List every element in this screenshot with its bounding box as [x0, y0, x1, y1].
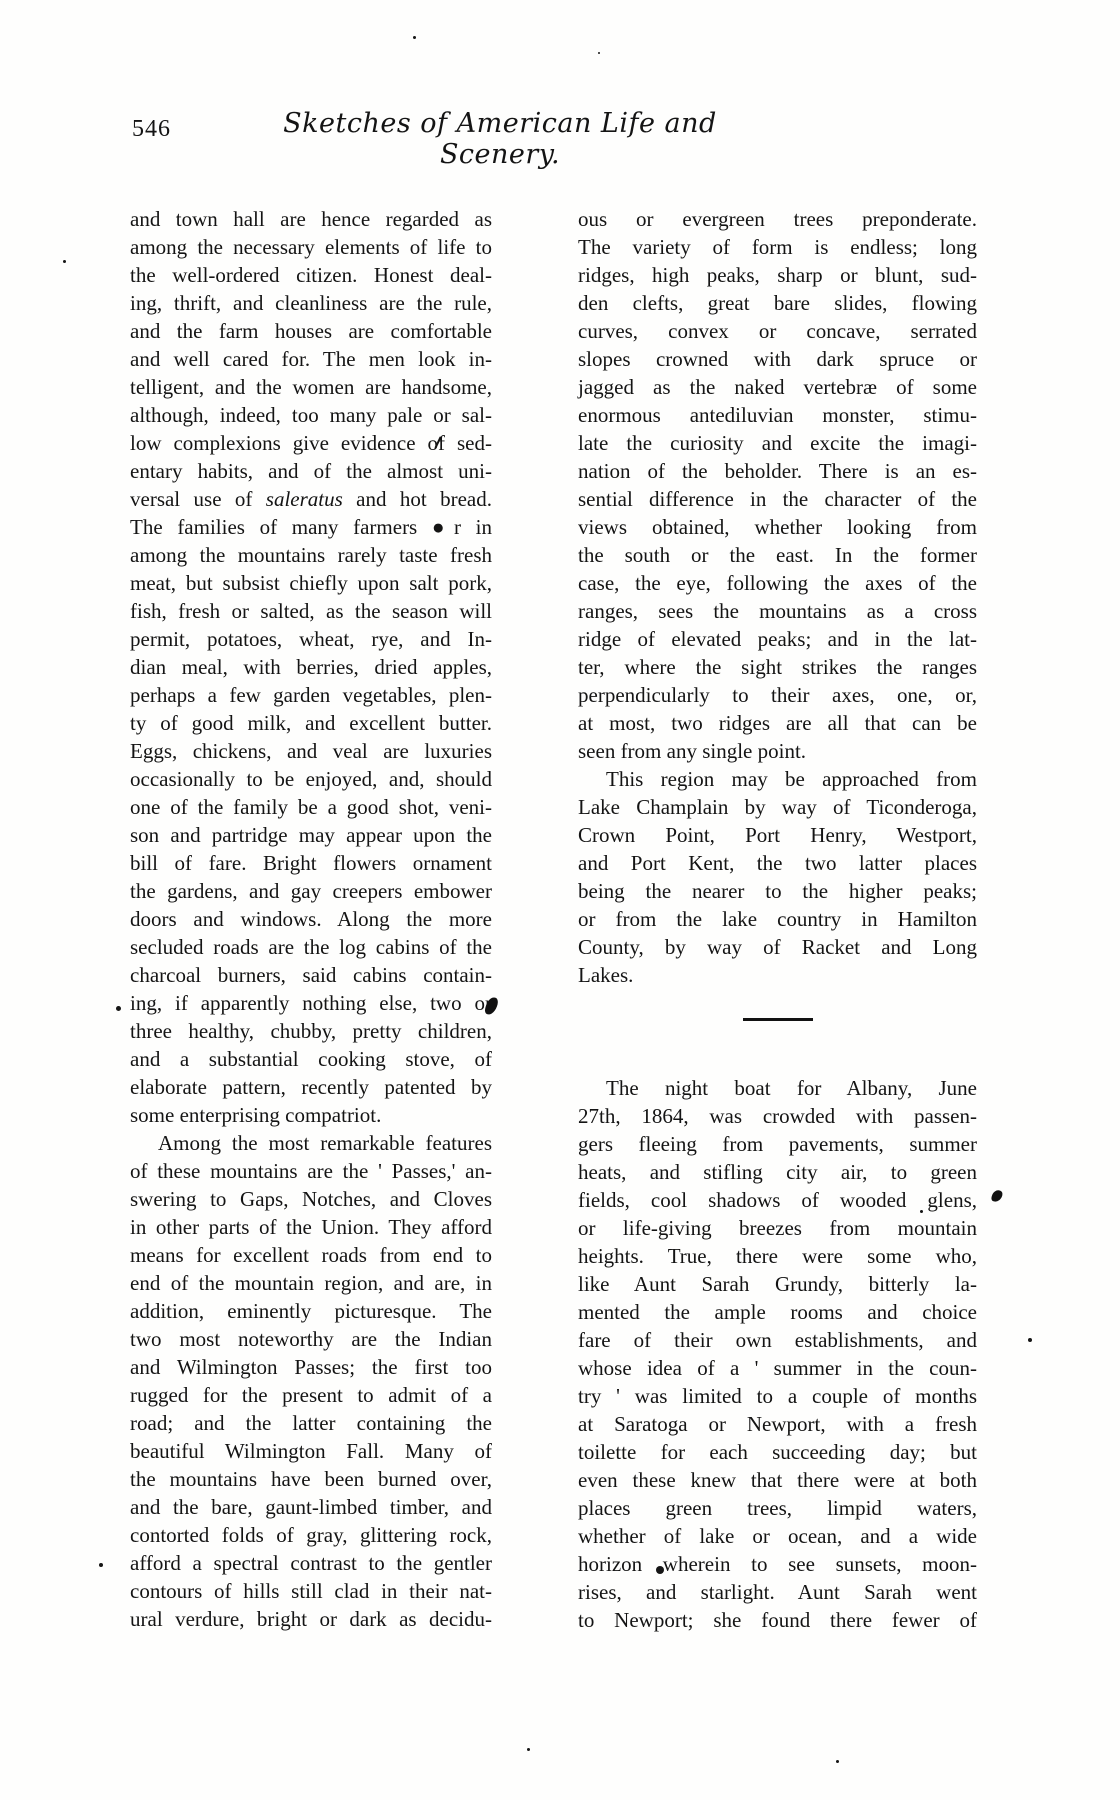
text-line: Eggs, chickens, and veal are luxuries [130, 737, 492, 765]
text-line: one of the family be a good shot, veni- [130, 793, 492, 821]
text-line: and the bare, gaunt-limbed timber, and [130, 1493, 492, 1521]
ink-speck [63, 260, 66, 263]
text-line: some enterprising compatriot. [130, 1101, 492, 1129]
text-line: ty of good milk, and excellent butter. [130, 709, 492, 737]
paragraph: ous or evergreen trees preponderate.The … [578, 205, 977, 765]
text-line: rises, and starlight. Aunt Sarah went [578, 1578, 977, 1606]
text-line: views obtained, whether looking from [578, 513, 977, 541]
text-line: fare of their own establishments, and [578, 1326, 977, 1354]
text-line: jagged as the naked vertebræ of some [578, 373, 977, 401]
running-title: Sketches of American Life and Scenery. [230, 108, 770, 170]
text-line: ter, where the sight strikes the ranges [578, 653, 977, 681]
text-line: contorted folds of gray, glittering rock… [130, 1521, 492, 1549]
text-line: in other parts of the Union. They afford [130, 1213, 492, 1241]
text-line: although, indeed, too many pale or sal- [130, 401, 492, 429]
text-line: or life-giving breezes from mountain [578, 1214, 977, 1242]
page-number: 546 [132, 116, 171, 143]
text-line: The families of many farmers ●r in [130, 513, 492, 541]
text-line: the south or the east. In the former [578, 541, 977, 569]
text-line: Crown Point, Port Henry, Westport, [578, 821, 977, 849]
text-line: 27th, 1864, was crowded with passen- [578, 1102, 977, 1130]
text-line: charcoal burners, said cabins contain- [130, 961, 492, 989]
text-line: ural verdure, bright or dark as decidu- [130, 1605, 492, 1633]
text-line: ing, thrift, and cleanliness are the rul… [130, 289, 492, 317]
text-line: or from the lake country in Hamilton [578, 905, 977, 933]
ink-blot [991, 1189, 1004, 1203]
text-line: even these knew that there were at both [578, 1466, 977, 1494]
section-divider [743, 1018, 813, 1021]
ink-speck [413, 36, 416, 39]
paragraph: The night boat for Albany, June27th, 186… [578, 1074, 977, 1634]
text-line: The variety of form is endless; long [578, 233, 977, 261]
text-line: meat, but subsist chiefly upon salt pork… [130, 569, 492, 597]
text-line: three healthy, chubby, pretty children, [130, 1017, 492, 1045]
text-line: being the nearer to the higher peaks; [578, 877, 977, 905]
text-line: at Saratoga or Newport, with a fresh [578, 1410, 977, 1438]
text-line: slopes crowned with dark spruce or [578, 345, 977, 373]
text-line: two most noteworthy are the Indian [130, 1325, 492, 1353]
ink-speck [836, 1760, 839, 1763]
text-line: means for excellent roads from end to [130, 1241, 492, 1269]
text-line: permit, potatoes, wheat, rye, and In- [130, 625, 492, 653]
text-line: horizon wherein to see sunsets, moon- [578, 1550, 977, 1578]
text-line: entary habits, and of the almost uni- [130, 457, 492, 485]
ink-speck [527, 1748, 530, 1751]
text-line: The night boat for Albany, June [578, 1074, 977, 1102]
text-line: curves, convex or concave, serrated [578, 317, 977, 345]
text-line: Lakes. [578, 961, 977, 989]
text-line: the well-ordered citizen. Honest deal- [130, 261, 492, 289]
text-line: to Newport; she found there fewer of [578, 1606, 977, 1634]
text-line: seen from any single point. [578, 737, 977, 765]
text-line: of these mountains are the ' Passes,' an… [130, 1157, 492, 1185]
text-line: perhaps a few garden vegetables, plen- [130, 681, 492, 709]
text-line: contours of hills still clad in their na… [130, 1577, 492, 1605]
paragraph: and town hall are hence regarded asamong… [130, 205, 492, 1129]
text-line: This region may be approached from [578, 765, 977, 793]
text-line: County, by way of Racket and Long [578, 933, 977, 961]
text-line: fish, fresh or salted, as the season wil… [130, 597, 492, 625]
text-line: and Port Kent, the two latter places [578, 849, 977, 877]
text-line: whose idea of a ' summer in the coun- [578, 1354, 977, 1382]
ink-speck [920, 1210, 923, 1213]
ink-speck [1028, 1338, 1032, 1342]
text-line: secluded roads are the log cabins of the [130, 933, 492, 961]
text-line: late the curiosity and excite the imagi- [578, 429, 977, 457]
text-line: afford a spectral contrast to the gentle… [130, 1549, 492, 1577]
text-line: fields, cool shadows of wooded glens, [578, 1186, 977, 1214]
ink-speck [656, 1566, 664, 1574]
text-line: sential difference in the character of t… [578, 485, 977, 513]
text-line: the mountains have been burned over, [130, 1465, 492, 1493]
text-line: perpendicularly to their axes, one, or, [578, 681, 977, 709]
text-line: ranges, sees the mountains as a cross [578, 597, 977, 625]
text-line: occasionally to be enjoyed, and, should [130, 765, 492, 793]
text-line: rugged for the present to admit of a [130, 1381, 492, 1409]
text-line: Among the most remarkable features [130, 1129, 492, 1157]
text-line: enormous antediluvian monster, stimu- [578, 401, 977, 429]
text-line: mented the ample rooms and choice [578, 1298, 977, 1326]
paragraph: Among the most remarkable featuresof the… [130, 1129, 492, 1633]
text-line: and Wilmington Passes; the first too [130, 1353, 492, 1381]
text-line: toilette for each succeeding day; but [578, 1438, 977, 1466]
text-line: elaborate pattern, recently patented by [130, 1073, 492, 1101]
text-line: try ' was limited to a couple of months [578, 1382, 977, 1410]
text-line: swering to Gaps, Notches, and Cloves [130, 1185, 492, 1213]
text-line: places green trees, limpid waters, [578, 1494, 977, 1522]
text-line: heats, and stifling city air, to green [578, 1158, 977, 1186]
text-line: whether of lake or ocean, and a wide [578, 1522, 977, 1550]
text-line: telligent, and the women are handsome, [130, 373, 492, 401]
text-line: ous or evergreen trees preponderate. [578, 205, 977, 233]
text-line: ing, if apparently nothing else, two or [130, 989, 492, 1017]
text-line: heights. True, there were some who, [578, 1242, 977, 1270]
right-column: ous or evergreen trees preponderate.The … [578, 205, 977, 1634]
text-line: ridges, high peaks, sharp or blunt, sud- [578, 261, 977, 289]
ink-speck [598, 52, 600, 54]
text-line: Lake Champlain by way of Ticonderoga, [578, 793, 977, 821]
paragraph: This region may be approached fromLake C… [578, 765, 977, 989]
text-line: den clefts, great bare slides, flowing [578, 289, 977, 317]
text-line: doors and windows. Along the more [130, 905, 492, 933]
text-line: and a substantial cooking stove, of [130, 1045, 492, 1073]
text-line: among the mountains rarely taste fresh [130, 541, 492, 569]
text-line: dian meal, with berries, dried apples, [130, 653, 492, 681]
left-column: and town hall are hence regarded asamong… [130, 205, 492, 1633]
text-line: nation of the beholder. There is an es- [578, 457, 977, 485]
text-line: like Aunt Sarah Grundy, bitterly la- [578, 1270, 977, 1298]
text-line: and town hall are hence regarded as [130, 205, 492, 233]
text-line: at most, two ridges are all that can be [578, 709, 977, 737]
text-line: bill of fare. Bright flowers ornament [130, 849, 492, 877]
text-line: ridge of elevated peaks; and in the lat- [578, 625, 977, 653]
text-line: versal use of saleratus and hot bread. [130, 485, 492, 513]
text-line: road; and the latter containing the [130, 1409, 492, 1437]
ink-speck [116, 1006, 121, 1011]
text-line: and well cared for. The men look in- [130, 345, 492, 373]
ink-speck [99, 1563, 103, 1567]
text-line: and the farm houses are comfortable [130, 317, 492, 345]
text-line: son and partridge may appear upon the [130, 821, 492, 849]
text-line: case, the eye, following the axes of the [578, 569, 977, 597]
text-line: gers fleeing from pavements, summer [578, 1130, 977, 1158]
text-line: beautiful Wilmington Fall. Many of [130, 1437, 492, 1465]
text-line: end of the mountain region, and are, in [130, 1269, 492, 1297]
text-line: addition, eminently picturesque. The [130, 1297, 492, 1325]
text-line: among the necessary elements of life to [130, 233, 492, 261]
text-line: the gardens, and gay creepers embower [130, 877, 492, 905]
